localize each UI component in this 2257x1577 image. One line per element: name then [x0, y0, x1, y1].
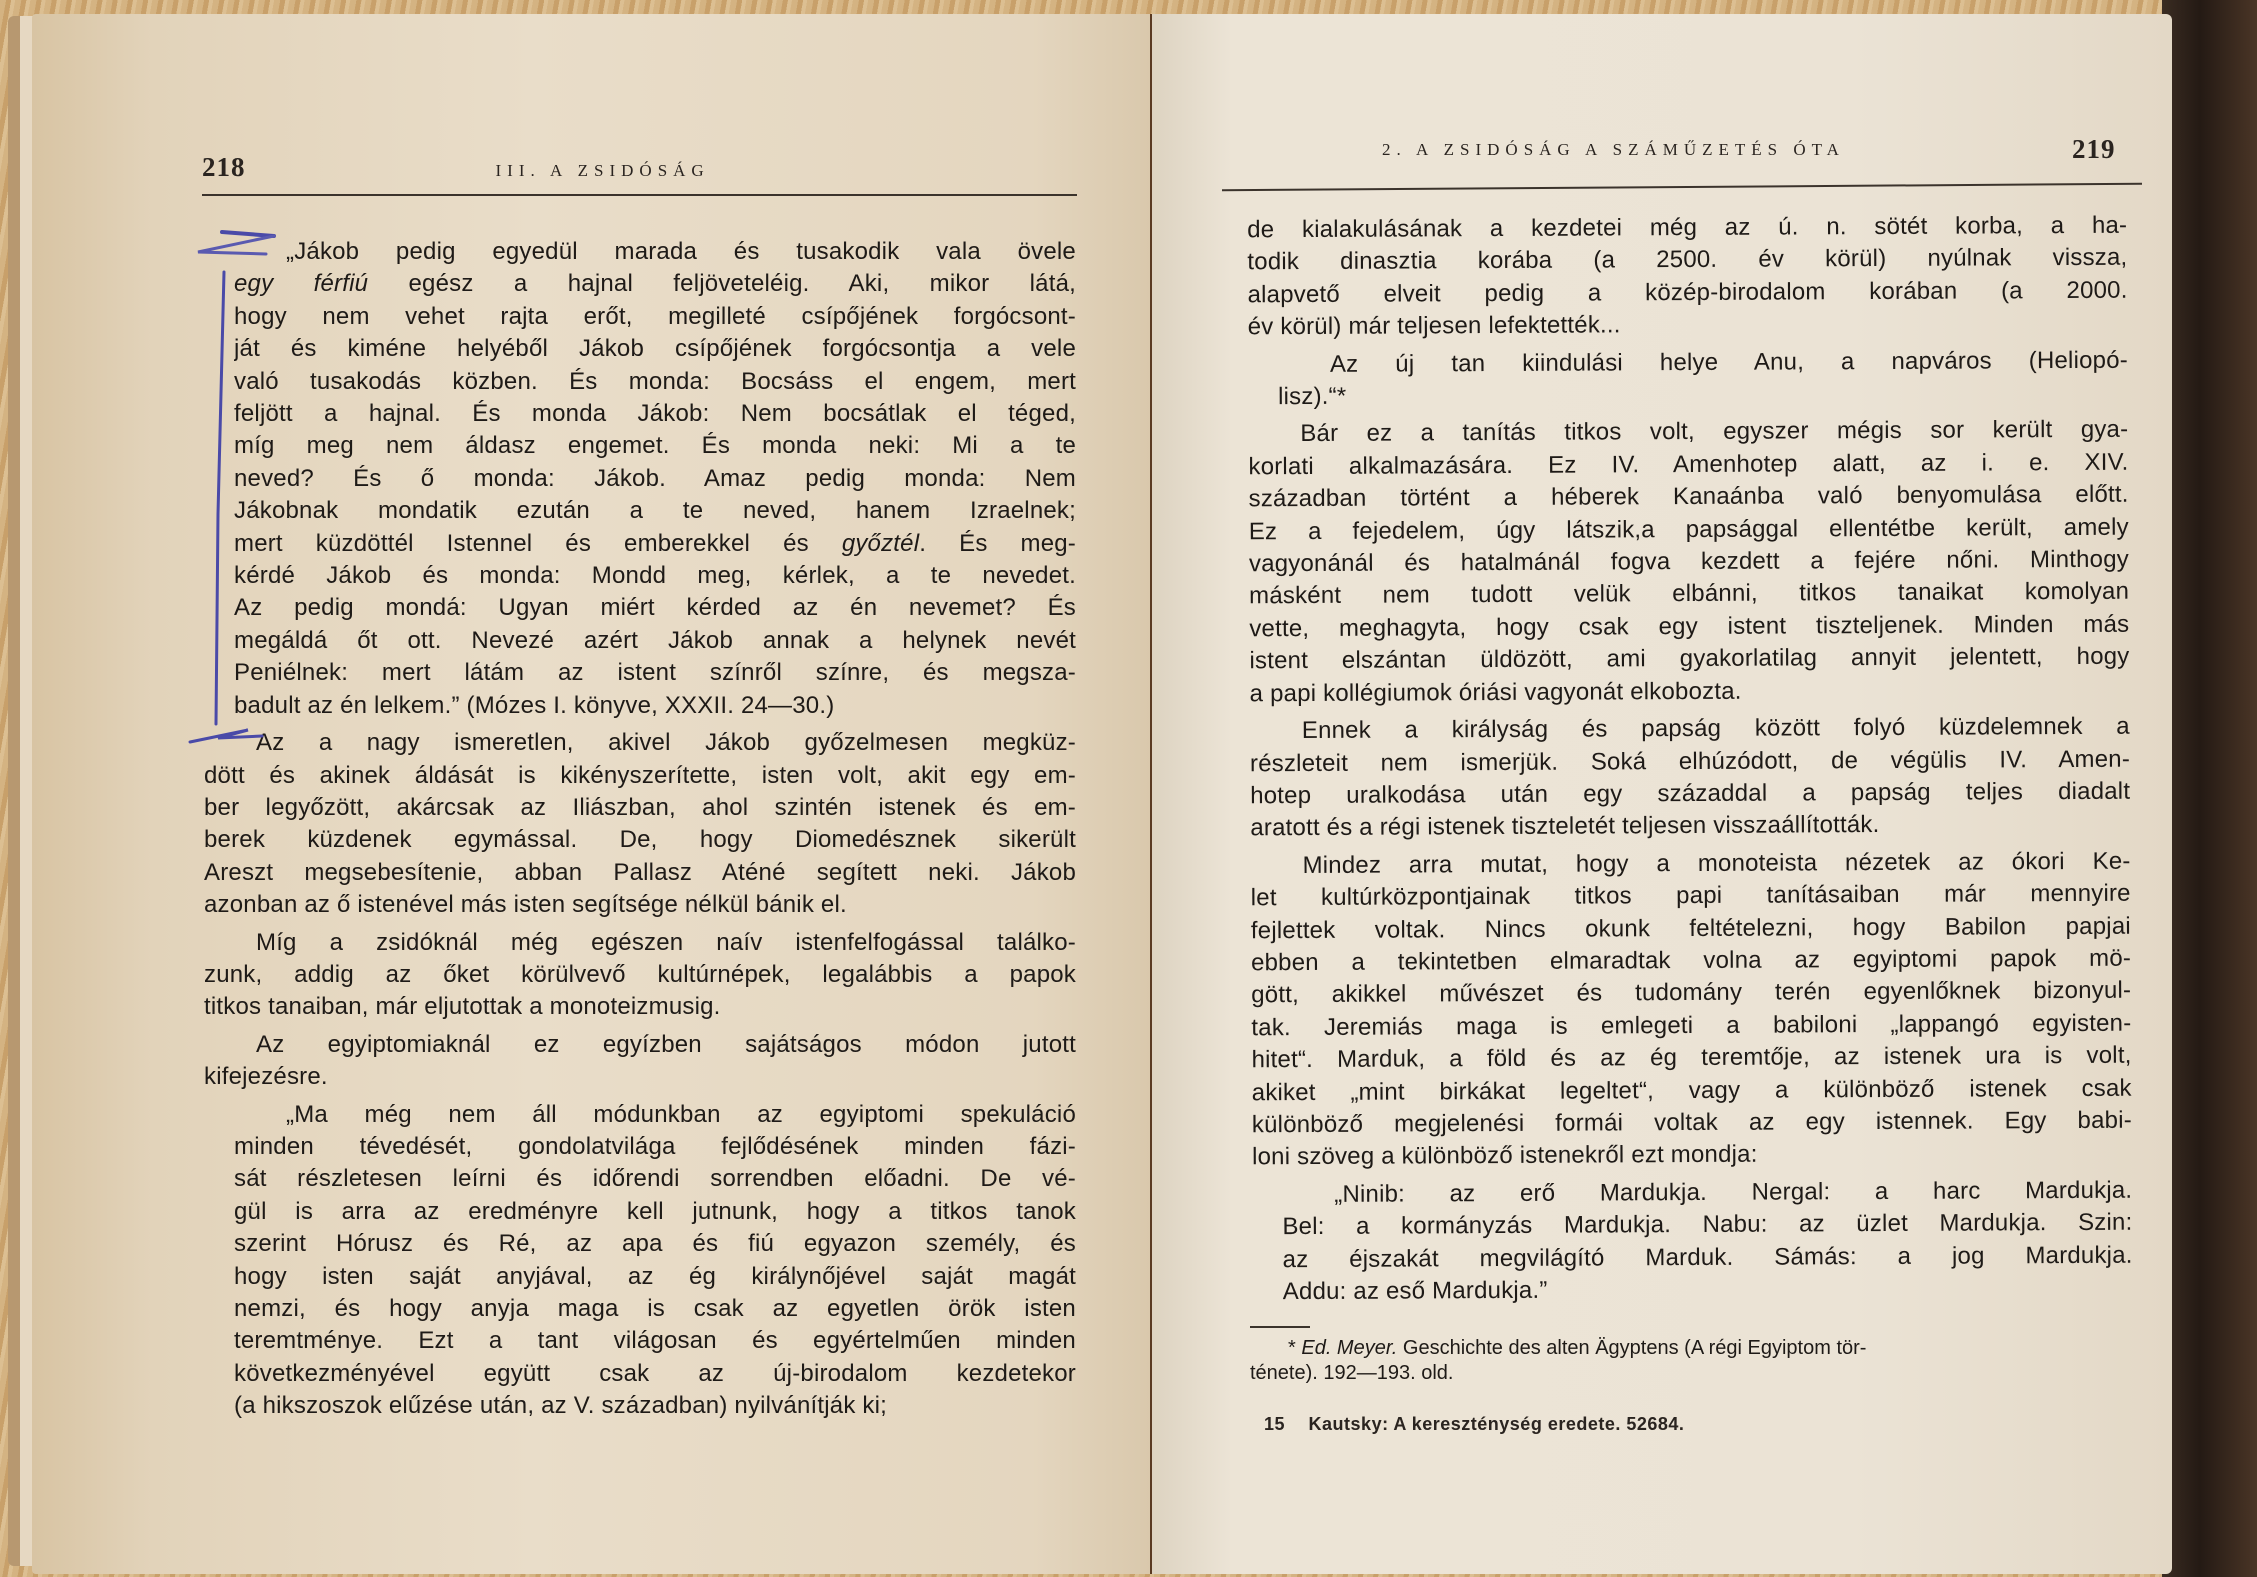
- text-line: (a hikszoszok elűzése után, az V. század…: [234, 1390, 1076, 1422]
- paragraph-quote: „Jákob pedig egyedül marada és tusakodik…: [204, 236, 1076, 722]
- text-line: ber legyőzött, akárcsak az Iliászban, ah…: [204, 792, 1076, 824]
- text-line: részleteit nem ismerjük. Soká elhúzódott…: [1250, 743, 2130, 780]
- paragraph-body: Az a nagy ismeretlen, akivel Jákob győze…: [204, 727, 1076, 921]
- text-line: „Ma még nem áll módunkban az egyiptomi s…: [234, 1099, 1076, 1131]
- left-running-head: 218 III. A ZSIDÓSÁG: [202, 152, 1102, 183]
- text-line: „Ninib: az erő Mardukja. Nergal: a harc …: [1282, 1174, 2132, 1211]
- paragraph-quote-cont: de kialakulásának a kezdetei még az ú. n…: [1247, 210, 2128, 344]
- paragraph-quote: Az új tan kiindulási helye Anu, a napvár…: [1248, 344, 2128, 413]
- text-line: másként nem tudott velük elbánni, titkos…: [1249, 576, 2129, 613]
- paragraph-body: Ennek a királyság és papság között folyó…: [1250, 711, 2131, 845]
- text-line: Jákobnak mondatik ezután a te neved, han…: [234, 495, 1076, 527]
- text-line: az éjszakát megvilágító Marduk. Sámás: a…: [1283, 1239, 2133, 1276]
- text-line: Bel: a kormányzás Mardukja. Nabu: az üzl…: [1282, 1207, 2132, 1244]
- header-rule: [202, 194, 1077, 196]
- text-line: különböző megjelenési formái voltak az e…: [1252, 1105, 2132, 1142]
- text-line: míg meg nem áldasz engemet. És monda nek…: [234, 430, 1076, 462]
- text-line: Az új tan kiindulási helye Anu, a napvár…: [1278, 344, 2128, 381]
- text-line: lisz).“*: [1278, 377, 2128, 414]
- text-line: alapvető elveit pedig a közép-birodalom …: [1247, 275, 2127, 312]
- text-line: fejlettek voltak. Nincs okunk feltételez…: [1251, 910, 2131, 947]
- text-line: neved? És ő monda: Jákob. Amaz pedig mon…: [234, 463, 1076, 495]
- footnote-marker: *: [1288, 1337, 1296, 1359]
- text-line: gött, akikkel művészet és tudomány terén…: [1251, 975, 2131, 1012]
- text-line: de kialakulásának a kezdetei még az ú. n…: [1247, 210, 2127, 247]
- text-line: teremtménye. Ezt a tant világosan és egy…: [234, 1325, 1076, 1357]
- text-line: berek küzdenek egymással. De, hogy Diome…: [204, 824, 1076, 856]
- text-line: Az egyiptomiaknál ez egyízben sajátságos…: [204, 1029, 1076, 1061]
- paragraph-verse: „Ninib: az erő Mardukja. Nergal: a harc …: [1252, 1174, 2133, 1308]
- signature-text: Kautsky: A kereszténység eredete. 52684.: [1309, 1414, 1685, 1434]
- text-line: hogy nem vehet rajta erőt, megilleté csí…: [234, 301, 1076, 333]
- printer-signature-line: 15 Kautsky: A kereszténység eredete. 526…: [1264, 1414, 1684, 1435]
- text-line: nemzi, és hogy anyja maga is csak az egy…: [234, 1293, 1076, 1325]
- text-line: tak. Jeremiás maga is emlegeti a babilon…: [1251, 1007, 2131, 1044]
- text-line: sát részletesen leírni és időrendi sorre…: [234, 1163, 1076, 1195]
- text-line: következményével együtt csak az új-birod…: [234, 1358, 1076, 1390]
- text-line: dött és akinek áldását is kikényszerítet…: [204, 760, 1076, 792]
- text-line: Peniélnek: mert látám az istent színről …: [234, 657, 1076, 689]
- text-line: Mindez arra mutat, hogy a monoteista néz…: [1250, 845, 2130, 882]
- footnote-line2: ténete). 192—193. old.: [1250, 1361, 2130, 1386]
- right-page: 2. A ZSIDÓSÁG A SZÁMŰZETÉS ÓTA 219 de ki…: [1152, 14, 2172, 1574]
- text-line: Míg a zsidóknál még egészen naív istenfe…: [204, 927, 1076, 959]
- text-line: hitet“. Marduk, a föld és az ég teremtőj…: [1251, 1040, 2131, 1077]
- text-line: feljött a hajnal. És monda Jákob: Nem bo…: [234, 398, 1076, 430]
- text-line: Addu: az eső Mardukja.”: [1283, 1272, 2133, 1309]
- text-line: aratott és a régi istenek tiszteletét te…: [1250, 808, 2130, 845]
- text-line: vette, meghagyta, hogy csak egy istent t…: [1249, 609, 2129, 646]
- text-line: században történt a héberek Kanaánba val…: [1249, 479, 2129, 516]
- right-running-head: 2. A ZSIDÓSÁG A SZÁMŰZETÉS ÓTA: [1382, 140, 2172, 160]
- text-line: korlati alkalmazására. Ez IV. Amenhotep …: [1248, 447, 2128, 484]
- text-line: Areszt megsebesítenie, abban Pallasz Até…: [204, 857, 1076, 889]
- text-line: badult az én lelkem.” (Mózes I. könyve, …: [234, 690, 1076, 722]
- footnote: * Ed. Meyer. Geschichte des alten Ägypte…: [1250, 1336, 2130, 1386]
- text-line: minden tévedését, gondolatvilága fejlődé…: [234, 1131, 1076, 1163]
- text-line: ját és kiméne helyéből Jákob csípőjének …: [234, 333, 1076, 365]
- paragraph-body: Mindez arra mutat, hogy a monoteista néz…: [1250, 845, 2132, 1174]
- text-line: egy férfiú egész a hajnal feljöveteléig.…: [234, 268, 1076, 300]
- text-line: gül is arra az eredményre kell jutnunk, …: [234, 1196, 1076, 1228]
- text-line: istent elszántan üldözött, ami gyakorlat…: [1249, 641, 2129, 678]
- text-line: mert küzdöttél Istennel és emberekkel és…: [234, 528, 1076, 560]
- text-line: zunk, addig az őket körülvevő kultúrnépe…: [204, 959, 1076, 991]
- right-page-number-wrap: 219: [2072, 134, 2116, 165]
- text-line: ebben a tekintetben elmaradtak volna az …: [1251, 943, 2131, 980]
- text-line: kifejezésre.: [204, 1061, 1076, 1093]
- text-line: Bár ez a tanítás titkos volt, egyszer mé…: [1248, 414, 2128, 451]
- text-line: vagyonánál és hatalmánál fogva kezdett a…: [1249, 544, 2129, 581]
- page-number: 219: [2072, 134, 2116, 165]
- footnote-author: Ed. Meyer.: [1301, 1337, 1397, 1359]
- text-line: akiket „mint birkákat legeltet“, vagy a …: [1252, 1072, 2132, 1109]
- page-number: 218: [202, 152, 246, 183]
- left-page-body: „Jákob pedig egyedül marada és tusakodik…: [204, 236, 1076, 1428]
- paragraph-body: Bár ez a tanítás titkos volt, egyszer mé…: [1248, 414, 2130, 710]
- text-line: Ennek a királyság és papság között folyó…: [1250, 711, 2130, 748]
- text-line: azonban az ő istenével más isten segítsé…: [204, 889, 1076, 921]
- text-line: titkos tanaiban, már eljutottak a monote…: [204, 991, 1076, 1023]
- paragraph-body: Míg a zsidóknál még egészen naív istenfe…: [204, 927, 1076, 1024]
- footnote-rule: [1250, 1326, 1310, 1328]
- text-line: let kultúrközpontjainak titkos papi taní…: [1251, 878, 2131, 915]
- paragraph-body: Az egyiptomiaknál ez egyízben sajátságos…: [204, 1029, 1076, 1094]
- footnote-line1: Geschichte des alten Ägyptens (A régi Eg…: [1397, 1337, 1866, 1359]
- sheet-number: 15: [1264, 1414, 1285, 1434]
- header-rule: [1222, 183, 2142, 191]
- chapter-title: III. A ZSIDÓSÁG: [496, 161, 710, 181]
- text-line: loni szöveg a különböző istenekről ezt m…: [1252, 1137, 2132, 1174]
- text-line: todik dinasztia korába (a 2500. év körül…: [1247, 242, 2127, 279]
- text-line: való tusakodás közben. És monda: Bocsáss…: [234, 366, 1076, 398]
- pen-margin-bracket-icon: [178, 214, 318, 774]
- text-line: Az a nagy ismeretlen, akivel Jákob győze…: [204, 727, 1076, 759]
- text-line: Ez a fejedelem, úgy látszik,a papsággal …: [1249, 511, 2129, 548]
- right-page-body: de kialakulásának a kezdetei még az ú. n…: [1247, 210, 2133, 1314]
- text-line: „Jákob pedig egyedül marada és tusakodik…: [234, 236, 1076, 268]
- text-line: kérdé Jákob és monda: Mondd meg, kérlek,…: [234, 560, 1076, 592]
- text-line: megáldá őt ott. Nevezé azért Jákob annak…: [234, 625, 1076, 657]
- text-line: a papi kollégiumok óriási vagyonát elkob…: [1250, 673, 2130, 710]
- text-line: hotep uralkodása után egy századdal a pa…: [1250, 776, 2130, 813]
- text-line: év körül) már teljesen lefektették...: [1248, 307, 2128, 344]
- text-line: szerint Hórusz és Ré, az apa és fiú egya…: [234, 1228, 1076, 1260]
- section-title: 2. A ZSIDÓSÁG A SZÁMŰZETÉS ÓTA: [1382, 140, 1845, 160]
- text-line: hogy isten saját anyjával, az ég királyn…: [234, 1261, 1076, 1293]
- text-line: Az pedig mondá: Ugyan miért kérded az én…: [234, 592, 1076, 624]
- paragraph-quote: „Ma még nem áll módunkban az egyiptomi s…: [204, 1099, 1076, 1423]
- open-book: 218 III. A ZSIDÓSÁG „Jákob pedig egyedül…: [8, 14, 2178, 1574]
